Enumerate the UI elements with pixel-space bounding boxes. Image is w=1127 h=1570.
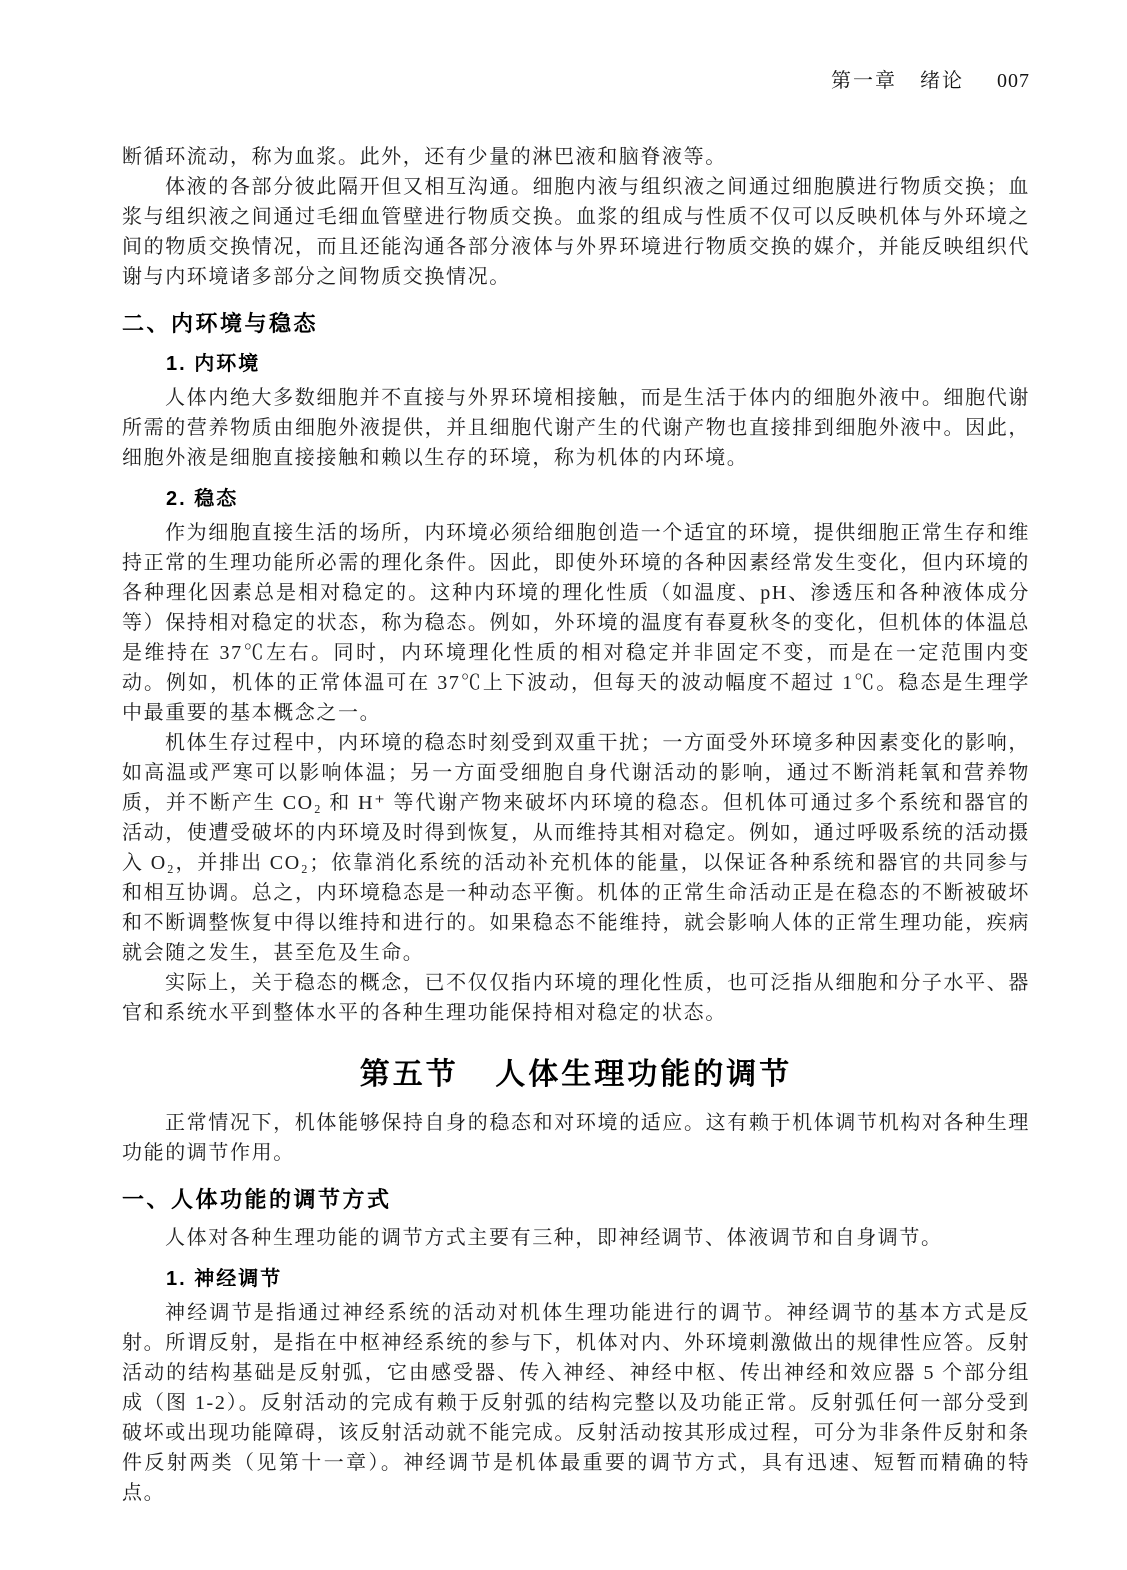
heading-regulation-modes: 一、人体功能的调节方式: [122, 1183, 1030, 1214]
page-number: 007: [997, 70, 1030, 92]
chapter-label: 第一章: [831, 70, 897, 92]
subheading-neural-regulation: 1. 神经调节: [122, 1262, 1030, 1291]
paragraph-regulation-modes: 人体对各种生理功能的调节方式主要有三种，即神经调节、体液调节和自身调节。: [122, 1223, 1030, 1253]
paragraph-regulation-intro: 正常情况下，机体能够保持自身的稳态和对环境的适应。这有赖于机体调节机构对各种生理…: [122, 1108, 1030, 1168]
book-page: 第一章 绪论 007 断循环流动，称为血浆。此外，还有少量的淋巴液和脑脊液等。 …: [0, 0, 1127, 1570]
section-number: 第五节: [360, 1058, 459, 1091]
paragraph-homeostasis-broader-concept: 实际上，关于稳态的概念，已不仅仅指内环境的理化性质，也可泛指从细胞和分子水平、器…: [122, 968, 1030, 1028]
paragraph-homeostasis-definition: 作为细胞直接生活的场所，内环境必须给细胞创造一个适宜的环境，提供细胞正常生存和维…: [122, 518, 1030, 728]
subheading-internal-environment: 1. 内环境: [122, 347, 1030, 376]
section-title: 第五节 人体生理功能的调节: [122, 1049, 1030, 1093]
page-content: 断循环流动，称为血浆。此外，还有少量的淋巴液和脑脊液等。 体液的各部分彼此隔开但…: [122, 142, 1030, 1508]
paragraph-homeostasis-dynamic-balance: 机体生存过程中，内环境的稳态时刻受到双重干扰；一方面受外环境多种因素变化的影响，…: [122, 728, 1030, 968]
running-header: 第一章 绪论 007: [831, 64, 1030, 93]
paragraph-internal-environment: 人体内绝大多数细胞并不直接与外界环境相接触，而是生活于体内的细胞外液中。细胞代谢…: [122, 383, 1030, 473]
section-name: 人体生理功能的调节: [495, 1058, 792, 1091]
chapter-title: 绪论: [920, 70, 964, 92]
heading-internal-environment-and-homeostasis: 二、内环境与稳态: [122, 307, 1030, 338]
paragraph-plasma-continuation: 断循环流动，称为血浆。此外，还有少量的淋巴液和脑脊液等。: [122, 142, 1030, 172]
subheading-homeostasis: 2. 稳态: [122, 482, 1030, 511]
paragraph-neural-regulation: 神经调节是指通过神经系统的活动对机体生理功能进行的调节。神经调节的基本方式是反射…: [122, 1298, 1030, 1508]
paragraph-body-fluid-exchange: 体液的各部分彼此隔开但又相互沟通。细胞内液与组织液之间通过细胞膜进行物质交换；血…: [122, 172, 1030, 292]
